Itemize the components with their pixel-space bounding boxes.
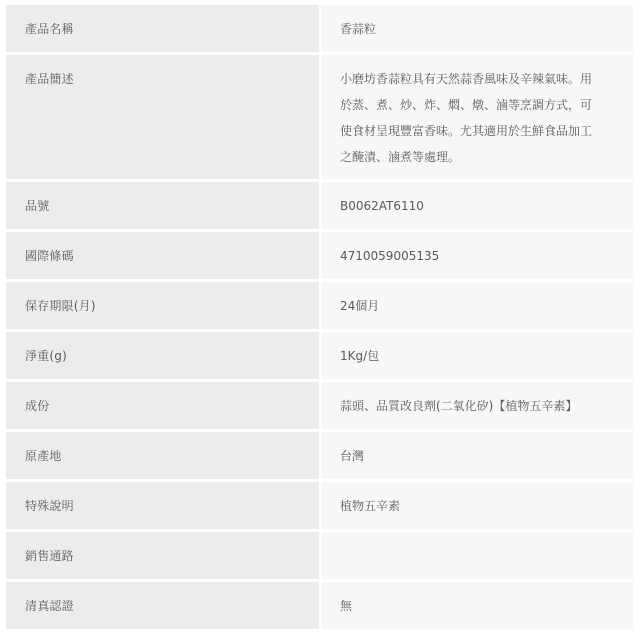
spec-value-text: 台灣 [340,447,603,465]
spec-row-halal-certification: 清真認證 無 [6,582,633,629]
product-spec-table: 產品名稱 香蒜粒 產品簡述 小磨坊香蒜粒具有天然蒜香風味及辛辣氣味。用於蒸、煮、… [6,5,633,632]
spec-row-item-number: 品號 B0062AT6110 [6,182,633,229]
spec-label: 特殊說明 [6,482,319,529]
spec-label: 成份 [6,382,319,429]
spec-label: 銷售通路 [6,532,319,579]
spec-label-text: 保存期限(月) [25,297,301,315]
spec-row-shelf-life: 保存期限(月) 24個月 [6,282,633,329]
spec-value-text: 4710059005135 [340,247,603,265]
spec-row-ingredients: 成份 蒜頭、品質改良劑(二氧化矽)【植物五辛素】 [6,382,633,429]
spec-row-sales-channel: 銷售通路 [6,532,633,579]
spec-label: 產品簡述 [6,55,319,179]
spec-row-product-name: 產品名稱 香蒜粒 [6,5,633,52]
spec-value: 香蒜粒 [321,5,633,52]
spec-label: 產品名稱 [6,5,319,52]
spec-value-text: B0062AT6110 [340,197,603,215]
spec-row-barcode: 國際條碼 4710059005135 [6,232,633,279]
spec-label: 國際條碼 [6,232,319,279]
spec-label: 清真認證 [6,582,319,629]
spec-label: 保存期限(月) [6,282,319,329]
spec-value-text: 24個月 [340,297,603,315]
spec-label-text: 淨重(g) [25,347,301,365]
spec-value-text: 香蒜粒 [340,20,603,38]
spec-value: 無 [321,582,633,629]
spec-label: 品號 [6,182,319,229]
spec-value: 植物五辛素 [321,482,633,529]
spec-value: 台灣 [321,432,633,479]
spec-label-text: 品號 [25,197,301,215]
spec-row-net-weight: 淨重(g) 1Kg/包 [6,332,633,379]
spec-value: 4710059005135 [321,232,633,279]
spec-value-text: 1Kg/包 [340,347,603,365]
spec-label-text: 產品簡述 [25,70,301,88]
spec-label-text: 國際條碼 [25,247,301,265]
spec-label-text: 產品名稱 [25,20,301,38]
spec-row-product-description: 產品簡述 小磨坊香蒜粒具有天然蒜香風味及辛辣氣味。用於蒸、煮、炒、炸、燜、燉、滷… [6,55,633,179]
spec-value: B0062AT6110 [321,182,633,229]
spec-row-special-notes: 特殊說明 植物五辛素 [6,482,633,529]
spec-value: 蒜頭、品質改良劑(二氧化矽)【植物五辛素】 [321,382,633,429]
spec-value [321,532,633,579]
spec-label-text: 特殊說明 [25,497,301,515]
spec-row-origin: 原產地 台灣 [6,432,633,479]
spec-label: 淨重(g) [6,332,319,379]
spec-value-text: 植物五辛素 [340,497,603,515]
spec-label-text: 銷售通路 [25,547,301,565]
spec-value: 24個月 [321,282,633,329]
spec-value: 1Kg/包 [321,332,633,379]
spec-value-text: 小磨坊香蒜粒具有天然蒜香風味及辛辣氣味。用於蒸、煮、炒、炸、燜、燉、滷等烹調方式… [340,66,603,170]
spec-label-text: 原產地 [25,447,301,465]
spec-value: 小磨坊香蒜粒具有天然蒜香風味及辛辣氣味。用於蒸、煮、炒、炸、燜、燉、滷等烹調方式… [321,55,633,179]
spec-label-text: 清真認證 [25,597,301,615]
spec-value-text: 無 [340,597,603,615]
spec-value-text: 蒜頭、品質改良劑(二氧化矽)【植物五辛素】 [340,397,603,415]
spec-label-text: 成份 [25,397,301,415]
spec-label: 原產地 [6,432,319,479]
